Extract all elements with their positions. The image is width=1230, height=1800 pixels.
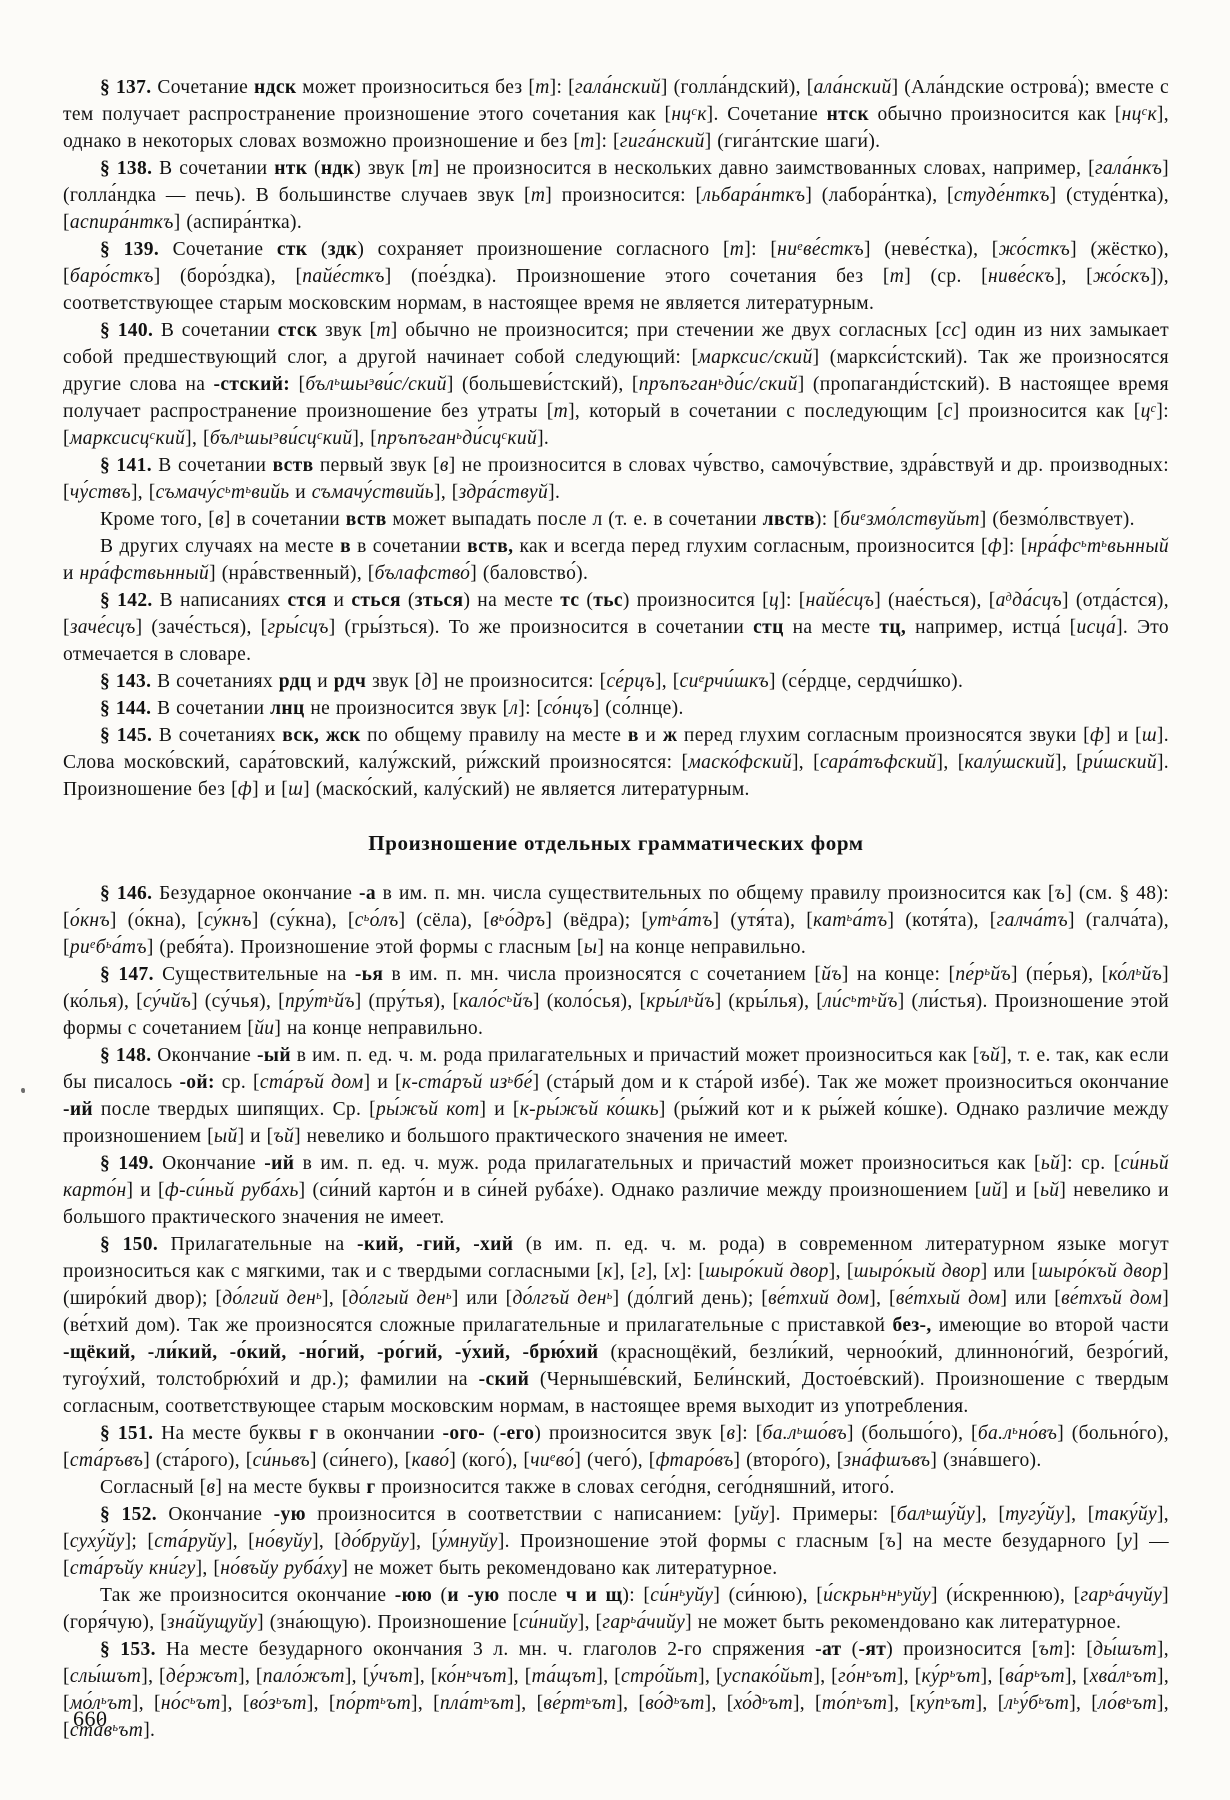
paragraph-138: § 138. В сочетании нтк (ндк) звук [т] не… [63, 155, 1169, 236]
paragraph-144: § 144. В сочетании лнц не произносится з… [63, 695, 1169, 722]
paragraph-153: § 153. На месте безударного окончания 3 … [63, 1636, 1169, 1744]
paragraph-151a: Согласный [в] на месте буквы г произноси… [63, 1474, 1169, 1501]
paragraph-140: § 140. В сочетании стск звук [т] обычно … [63, 317, 1169, 452]
paragraph-137: § 137. Сочетание ндск может произноситьс… [63, 74, 1169, 155]
paragraph-141: § 141. В сочетании вств первый звук [в] … [63, 452, 1169, 506]
paragraph-147: § 147. Существительные на -ья в им. п. м… [63, 961, 1169, 1042]
paragraph-148: § 148. Окончание -ый в им. п. ед. ч. м. … [63, 1042, 1169, 1150]
paragraph-142: § 142. В написаниях стся и сться (зться)… [63, 587, 1169, 668]
paragraph-145: § 145. В сочетаниях вск, жск по общему п… [63, 722, 1169, 803]
book-page: § 137. Сочетание ндск может произноситьс… [0, 0, 1230, 1800]
paragraph-139: § 139. Сочетание стк (здк) сохраняет про… [63, 236, 1169, 317]
paragraph-151: § 151. На месте буквы г в окончании -ого… [63, 1420, 1169, 1474]
margin-speck [21, 1088, 25, 1093]
paragraph-152a: Так же произносится окончание -юю (и -ую… [63, 1582, 1169, 1636]
section-heading: Произношение отдельных грамматических фо… [63, 830, 1169, 857]
paragraph-150: § 150. Прилагательные на -кий, -гий, -хи… [63, 1231, 1169, 1420]
paragraph-149: § 149. Окончание -ий в им. п. ед. ч. муж… [63, 1150, 1169, 1231]
paragraph-141a: Кроме того, [в] в сочетании вств может в… [63, 506, 1169, 533]
page-number: 660 [73, 1706, 108, 1732]
body-text: § 137. Сочетание ндск может произноситьс… [63, 74, 1169, 1744]
paragraph-146: § 146. Безударное окончание -а в им. п. … [63, 880, 1169, 961]
paragraph-143: § 143. В сочетаниях рдц и рдч звук [д] н… [63, 668, 1169, 695]
paragraph-152: § 152. Окончание -ую произносится в соот… [63, 1501, 1169, 1582]
paragraph-141b: В других случаях на месте в в сочетании … [63, 533, 1169, 587]
